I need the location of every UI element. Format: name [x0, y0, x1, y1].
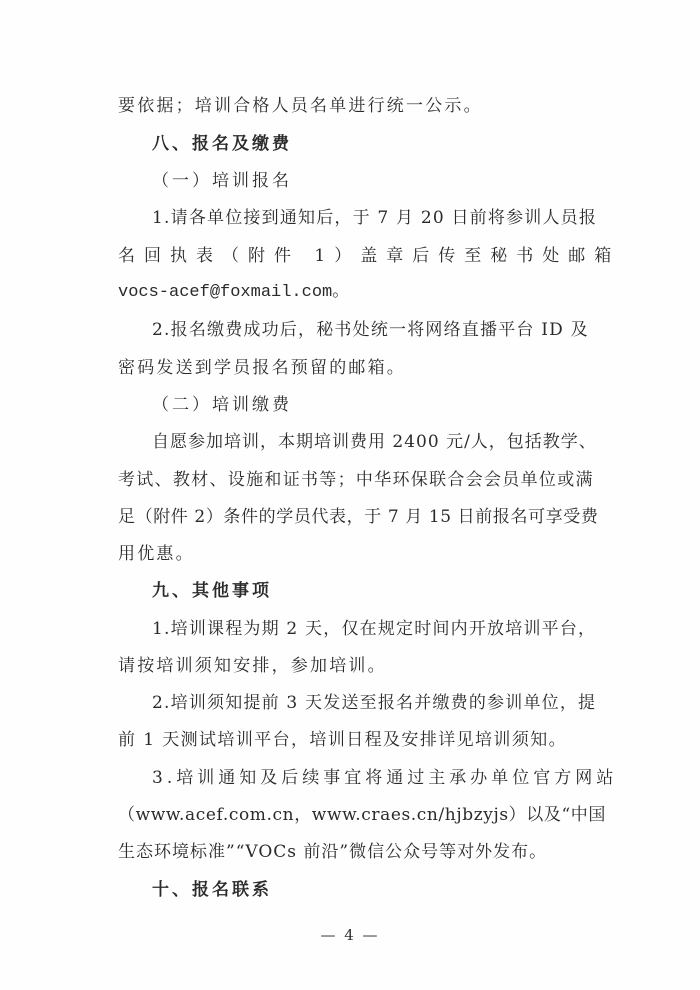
- body-line: 考试、教材、设施和证书等；中华环保联合会会员单位或满: [118, 468, 606, 492]
- body-line: 请按培训须知安排，参加培训。: [118, 654, 606, 678]
- document-page: 要依据；培训合格人员名单进行统一公示。 八、报名及缴费 （一）培训报名 1.请各…: [0, 0, 700, 990]
- body-line: 自愿参加培训，本期培训费用 2400 元/人，包括教学、: [152, 430, 606, 454]
- page-number: — 4 —: [0, 926, 700, 944]
- body-line: 2.报名缴费成功后，秘书处统一将网络直播平台 ID 及: [152, 318, 606, 342]
- subsection-heading-fees: （二）培训缴费: [152, 393, 640, 417]
- email-address: vocs-acef@foxmail.com。: [118, 281, 606, 305]
- body-line: 1.请各单位接到通知后，于 7 月 20 日前将参训人员报: [152, 206, 606, 230]
- body-line: 要依据；培训合格人员名单进行统一公示。: [118, 94, 606, 118]
- body-line: 名回执表（附件 1）盖章后传至秘书处邮箱: [118, 244, 606, 268]
- body-line: 前 1 天测试培训平台，培训日程及安排详见培训须知。: [118, 728, 606, 752]
- body-line: 3.培训通知及后续事宜将通过主承办单位官方网站: [152, 766, 606, 790]
- section-heading-10: 十、报名联系: [152, 878, 640, 902]
- section-heading-9: 九、其他事项: [152, 579, 640, 603]
- section-heading-8: 八、报名及缴费: [152, 132, 640, 156]
- body-line: 足（附件 2）条件的学员代表，于 7 月 15 日前报名可享受费: [118, 505, 606, 529]
- body-line: 生态环境标准”“VOCs 前沿”微信公众号等对外发布。: [118, 840, 606, 864]
- subsection-heading-registration: （一）培训报名: [152, 169, 640, 193]
- body-line: 密码发送到学员报名预留的邮箱。: [118, 356, 606, 380]
- url-line: （www.acef.com.cn，www.craes.cn/hjbzyjs）以及…: [118, 803, 606, 827]
- body-line: 用优惠。: [118, 542, 606, 566]
- body-line: 2.培训须知提前 3 天发送至报名并缴费的参训单位，提: [152, 691, 606, 715]
- body-line: 1.培训课程为期 2 天，仅在规定时间内开放培训平台，: [152, 617, 606, 641]
